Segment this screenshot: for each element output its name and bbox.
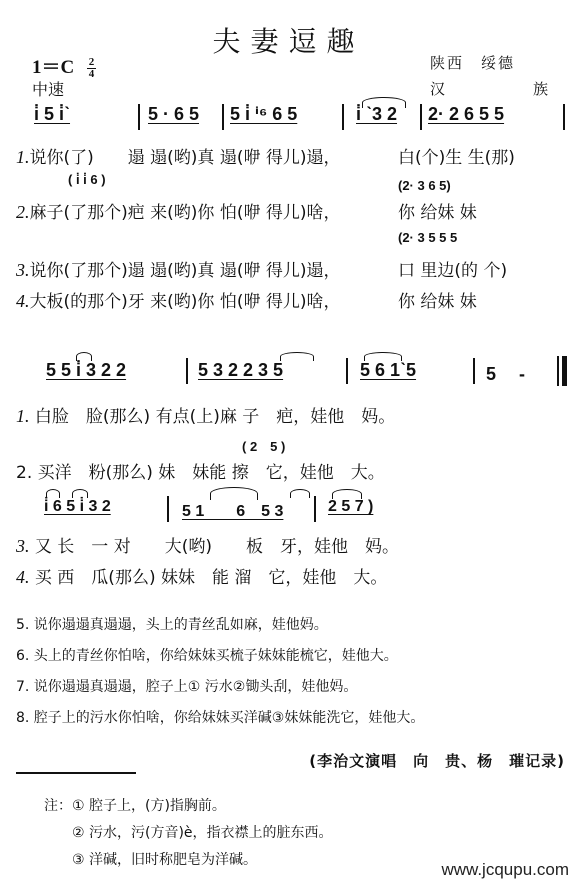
measure-4: i̇ ˋ3 2 (356, 104, 397, 125)
alt-notes: ( 2 5 ) (242, 436, 285, 455)
origin-region: 陕西 绥德 (430, 52, 515, 73)
measure-2: 5 · 6 5 (148, 104, 199, 125)
alt-notes: ( i̇ i̇ 6 ) (68, 172, 106, 187)
key-label: 1＝C (32, 57, 74, 78)
lyric-line-3-end: 口 里边(的 个) (398, 256, 507, 281)
footnote-2: ② 污水，污(方音)è，指衣襟上的脏东西。 (72, 822, 333, 842)
slur (280, 352, 314, 361)
time-signature: 2 4 (87, 57, 96, 80)
barline (138, 104, 140, 130)
measure-1: i̇ 5 i̇ˋ (34, 104, 70, 125)
slur (72, 489, 88, 498)
measure-2: 5 3 2 2 3 5 (198, 360, 283, 381)
alt-notes: (2· 3 6 5) (398, 178, 451, 193)
footnote-1: 注：① 腔子上，(方)指胸前。 (44, 795, 226, 815)
lyric-line-1: 1. 白脸 脸(那么) 有点(上)麻 子 疤，娃他 妈。 (16, 402, 395, 427)
origin-ethnicity: 汉 族 (430, 78, 445, 99)
final-barline (562, 356, 567, 386)
footnote-3: ③ 洋碱，旧时称肥皂为洋碱。 (72, 849, 257, 869)
barline (563, 104, 565, 130)
barline (186, 358, 188, 384)
barline (473, 358, 475, 384)
measure-1: i̇ 6 5 i̇ 3 2 (44, 498, 111, 516)
key-signature: 1＝C 2 4 (32, 52, 96, 80)
verse-7: 7. 说你遢遢真遢遢，腔子上① 污水②锄头刮，娃他妈。 (16, 676, 357, 696)
measure-3: 5 i̇ ⁱ⁶ 6 5 (230, 104, 297, 125)
verse-5: 5. 说你遢遢真遢遢，头上的青丝乱如麻，娃他妈。 (16, 614, 328, 634)
lyric-line-2: 2.麻子(了那个)疤 来(哟)你 怕(咿 得儿)啥， (16, 198, 341, 223)
measure-4: 5 - (486, 360, 525, 386)
verse-6: 6. 头上的青丝你怕啥，你给妹妹买梳子妹妹能梳它，娃他大。 (16, 645, 398, 665)
measure-5: 2· 2 6 5 5 (428, 104, 504, 125)
barline (420, 104, 422, 130)
slur (290, 489, 310, 498)
lyric-line-4-end: 你 给妹 妹 (398, 287, 477, 312)
lyric-line-3: 3.说你(了那个)遢 遢(哟)真 遢(咿 得儿)遢， (16, 256, 341, 281)
measure-2: 5 1 6 5 3 (182, 498, 283, 521)
barline (314, 496, 316, 522)
footnote-divider (16, 772, 136, 774)
barline (167, 496, 169, 522)
tempo-marking: 中速 (32, 77, 64, 100)
lyric-line-3: 3. 又 长 一 对 大(哟) 板 牙，娃他 妈。 (16, 532, 399, 557)
lyric-line-4: 4. 买 西 瓜(那么) 妹妹 能 溜 它，娃他 大。 (16, 563, 387, 588)
barline (222, 104, 224, 130)
lyric-line-1: 1.说你(了) 遢 遢(哟)真 遢(咿 得儿)遢， (16, 143, 341, 168)
watermark: www.jcqupu.com (441, 860, 569, 880)
lyric-line-2-end: 你 给妹 妹 (398, 198, 477, 223)
barline (342, 104, 344, 130)
lyric-line-4: 4.大板(的那个)牙 来(哟)你 怕(咿 得儿)啥， (16, 287, 341, 312)
lyric-line-2: 2. 买洋 粉(那么) 妹 妹能 擦 它，娃他 大。 (16, 458, 385, 483)
performer-credit: (李治文演唱 向 贵、杨 璀记录) (309, 750, 565, 771)
measure-3: 2 5 7 ) (328, 498, 373, 516)
measure-1: 5 5 i̇ 3 2 2 (46, 360, 126, 381)
alt-notes: (2· 3 5 5 5 (398, 230, 457, 245)
barline (557, 356, 559, 386)
slur (46, 489, 60, 498)
lyric-line-1-end: 白(个)生 生(那) (398, 143, 515, 168)
verse-8: 8. 腔子上的污水你怕啥，你给妹妹买洋碱③妹妹能洗它，娃他大。 (16, 707, 424, 727)
barline (346, 358, 348, 384)
measure-3: 5 6 1ˋ5 (360, 360, 416, 381)
